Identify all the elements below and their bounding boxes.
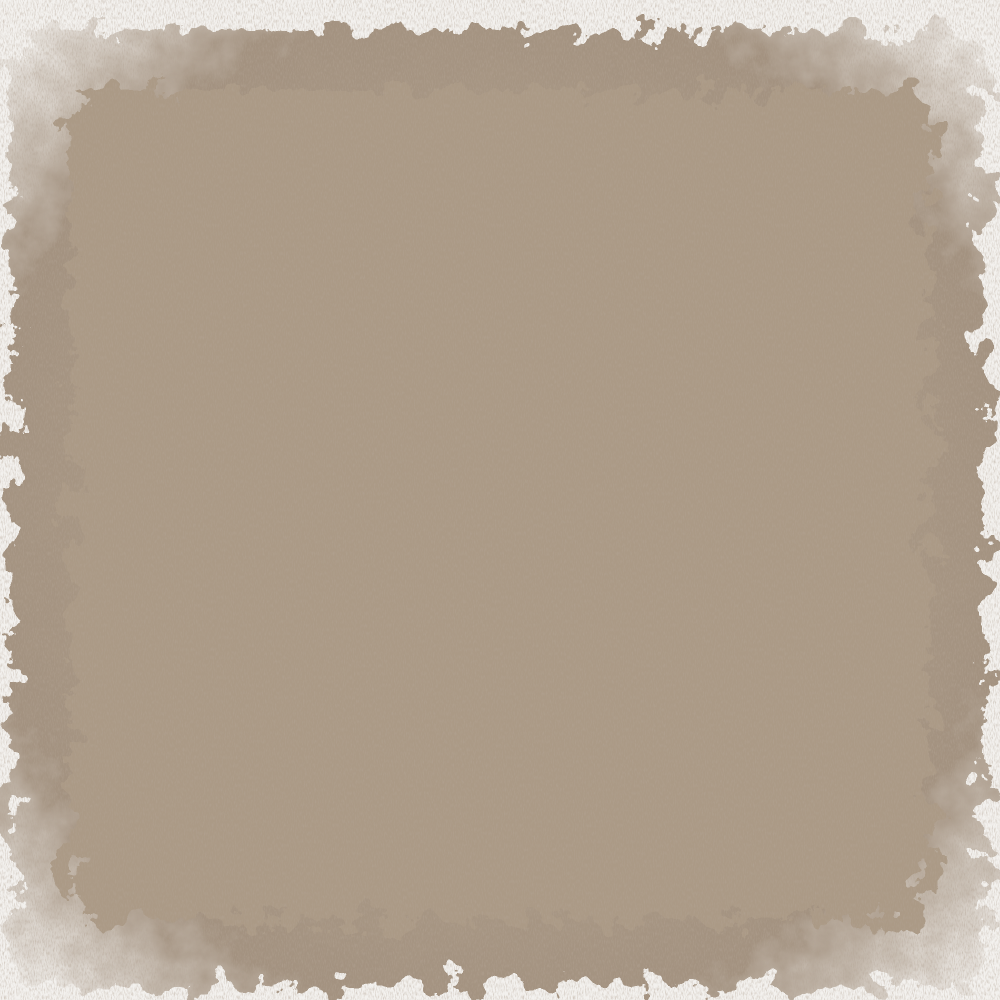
pastel-swatch-image [0,0,1000,1000]
pastel-grain-texture [0,0,1000,1000]
